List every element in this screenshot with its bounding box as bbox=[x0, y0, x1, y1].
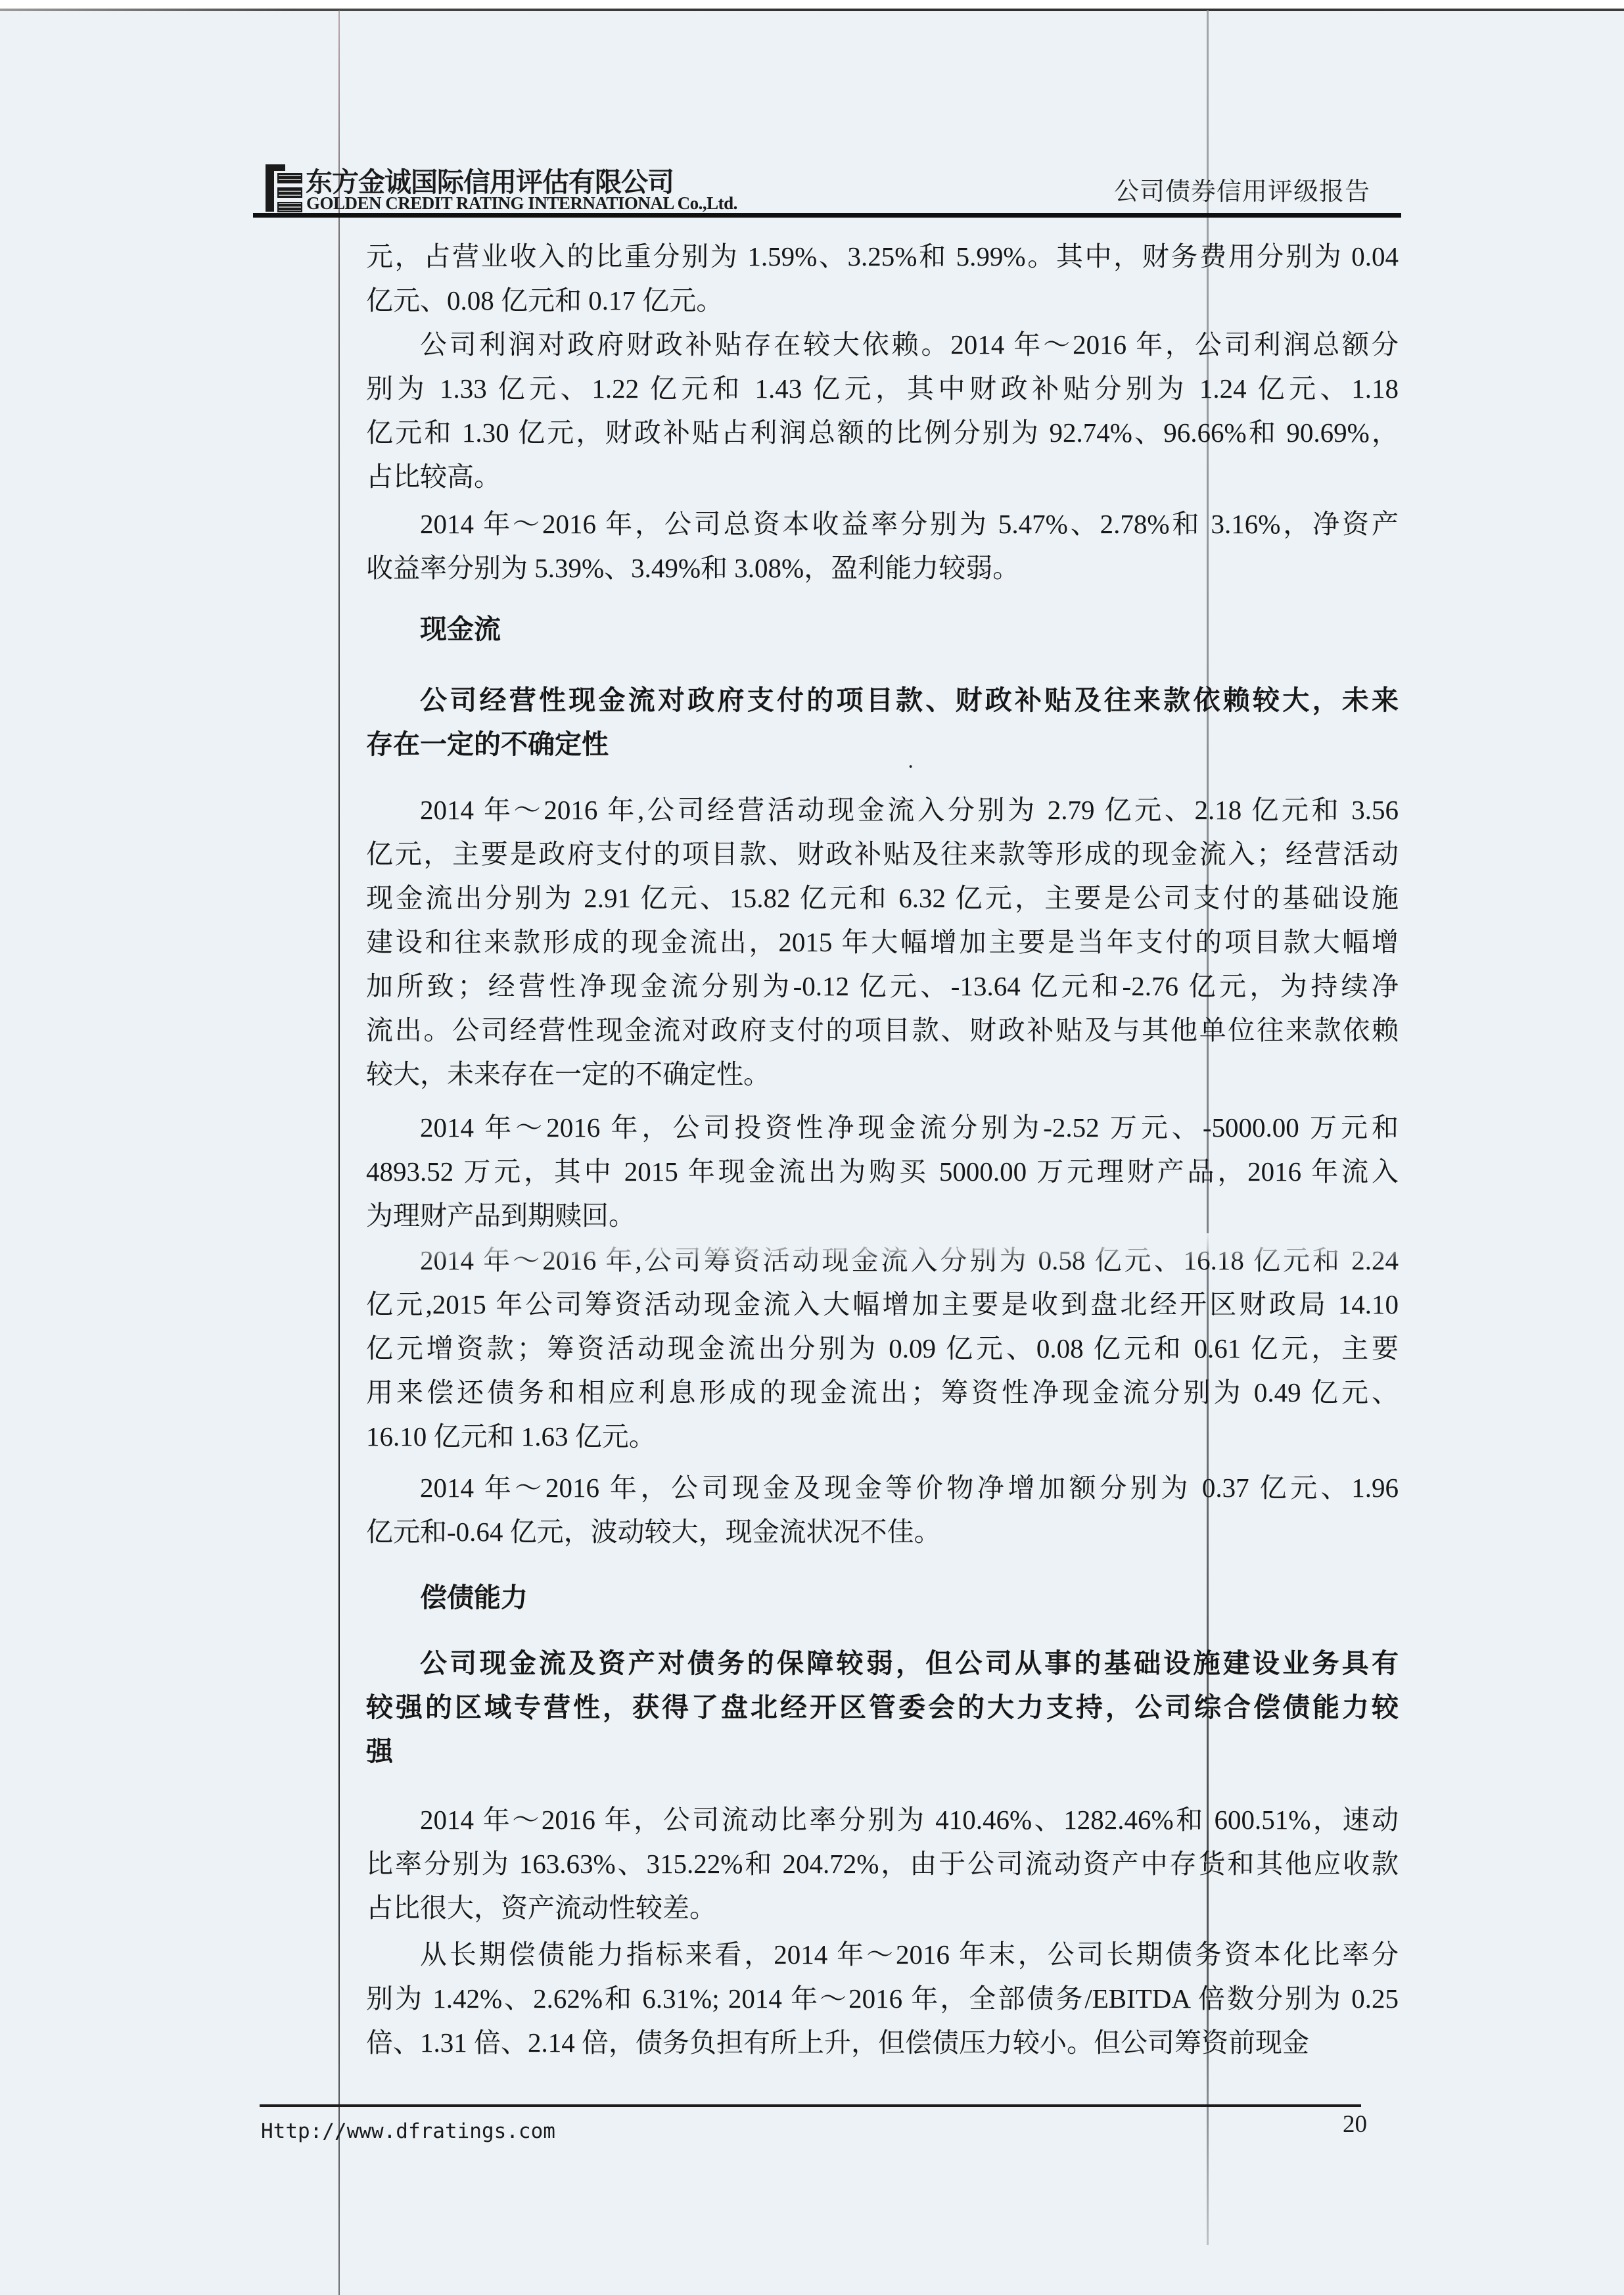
text-line: 2014 年～2016 年,公司经营活动现金流入分别为 2.79 亿元、2.18… bbox=[366, 788, 1399, 832]
text-line: 建设和往来款形成的现金流出，2015 年大幅增加主要是当年支付的项目款大幅增 bbox=[366, 920, 1399, 964]
text-line: 用来偿还债务和相应利息形成的现金流出；筹资性净现金流分别为 0.49 亿元、 bbox=[366, 1371, 1399, 1415]
document-body: 元，占营业收入的比重分别为 1.59%、3.25%和 5.99%。其中，财务费用… bbox=[366, 235, 1399, 2065]
section-heading: 现金流 bbox=[366, 607, 1399, 651]
text-line: 较强的区域专营性，获得了盘北经开区管委会的大力支持，公司综合偿债能力较 bbox=[366, 1686, 1399, 1730]
text-line: 4893.52 万元，其中 2015 年现金流出为购买 5000.00 万元理财… bbox=[366, 1150, 1399, 1194]
text-line: 收益率分别为 5.39%、3.49%和 3.08%，盈利能力较弱。 bbox=[366, 546, 1399, 590]
paragraph: 2014 年～2016 年，公司总资本收益率分别为 5.47%、2.78%和 3… bbox=[366, 502, 1399, 590]
scan-artifact-top-line bbox=[0, 9, 1624, 11]
text-line: 别为 1.42%、2.62%和 6.31%; 2014 年～2016 年，全部债… bbox=[366, 1977, 1399, 2021]
text-line: 别为 1.33 亿元、1.22 亿元和 1.43 亿元，其中财政补贴分别为 1.… bbox=[366, 367, 1399, 411]
header-divider bbox=[253, 213, 1401, 218]
text-line: 2014 年～2016 年，公司投资性净现金流分别为-2.52 万元、-5000… bbox=[366, 1106, 1399, 1150]
text-line: 2014 年～2016 年，公司总资本收益率分别为 5.47%、2.78%和 3… bbox=[366, 502, 1399, 546]
paragraph: 公司现金流及资产对债务的保障较弱，但公司从事的基础设施建设业务具有较强的区域专营… bbox=[366, 1642, 1399, 1774]
text-line: 亿元,2015 年公司筹资活动现金流入大幅增加主要是收到盘北经开区财政局 14.… bbox=[366, 1283, 1399, 1327]
scan-artifact-fade-band bbox=[355, 1233, 1406, 1262]
text-line: 公司现金流及资产对债务的保障较弱，但公司从事的基础设施建设业务具有 bbox=[366, 1642, 1399, 1686]
text-line: 为理财产品到期赎回。 bbox=[366, 1194, 1399, 1238]
text-line: 存在一定的不确定性 bbox=[366, 722, 1399, 767]
paragraph: 从长期偿债能力指标来看，2014 年～2016 年末，公司长期债务资本化比率分别… bbox=[366, 1933, 1399, 2065]
footer-divider bbox=[260, 2104, 1361, 2107]
text-line: 亿元增资款；筹资活动现金流出分别为 0.09 亿元、0.08 亿元和 0.61 … bbox=[366, 1327, 1399, 1371]
text-line: 流出。公司经营性现金流对政府支付的项目款、财政补贴及与其他单位往来款依赖 bbox=[366, 1008, 1399, 1053]
text-line: 公司经营性现金流对政府支付的项目款、财政补贴及往来款依赖较大，未来 bbox=[366, 678, 1399, 722]
paragraph: 2014 年～2016 年，公司流动比率分别为 410.46%、1282.46%… bbox=[366, 1798, 1399, 1930]
text-line: 16.10 亿元和 1.63 亿元。 bbox=[366, 1415, 1399, 1459]
text-line: 亿元，主要是政府支付的项目款、财政补贴及往来款等形成的现金流入；经营活动 bbox=[366, 832, 1399, 876]
text-line: 从长期偿债能力指标来看，2014 年～2016 年末，公司长期债务资本化比率分 bbox=[366, 1933, 1399, 1977]
text-line: 偿债能力 bbox=[420, 1576, 1399, 1620]
section-heading: 偿债能力 bbox=[366, 1576, 1399, 1620]
report-type-title: 公司债券信用评级报告 bbox=[1114, 171, 1403, 207]
paragraph: 2014 年～2016 年,公司经营活动现金流入分别为 2.79 亿元、2.18… bbox=[366, 788, 1399, 1097]
text-line: 倍、1.31 倍、2.14 倍，债务负担有所上升，但偿债压力较小。但公司筹资前现… bbox=[366, 2021, 1399, 2065]
company-logo-icon bbox=[265, 162, 303, 214]
text-line: 元，占营业收入的比重分别为 1.59%、3.25%和 5.99%。其中，财务费用… bbox=[366, 235, 1399, 279]
text-line: 现金流 bbox=[420, 607, 1399, 651]
text-line: 加所致；经营性净现金流分别为-0.12 亿元、-13.64 亿元和-2.76 亿… bbox=[366, 964, 1399, 1008]
text-line: 比率分别为 163.63%、315.22%和 204.72%，由于公司流动资产中… bbox=[366, 1842, 1399, 1886]
text-line: 2014 年～2016 年，公司现金及现金等价物净增加额分别为 0.37 亿元、… bbox=[366, 1466, 1399, 1510]
text-line: 现金流出分别为 2.91 亿元、15.82 亿元和 6.32 亿元，主要是公司支… bbox=[366, 876, 1399, 920]
paragraph: 公司利润对政府财政补贴存在较大依赖。2014 年～2016 年，公司利润总额分别… bbox=[366, 323, 1399, 499]
text-line: 占比较高。 bbox=[366, 455, 1399, 499]
paragraph: 2014 年～2016 年，公司投资性净现金流分别为-2.52 万元、-5000… bbox=[366, 1106, 1399, 1238]
paragraph: 2014 年～2016 年,公司筹资活动现金流入分别为 0.58 亿元、16.1… bbox=[366, 1239, 1399, 1459]
page-number: 20 bbox=[1314, 2110, 1367, 2139]
scan-white-margin bbox=[0, 0, 1624, 9]
text-line: 公司利润对政府财政补贴存在较大依赖。2014 年～2016 年，公司利润总额分 bbox=[366, 323, 1399, 367]
text-line: 亿元和-0.64 亿元，波动较大，现金流状况不佳。 bbox=[366, 1510, 1399, 1554]
text-line: 2014 年～2016 年，公司流动比率分别为 410.46%、1282.46%… bbox=[366, 1798, 1399, 1842]
company-name-en: GOLDEN CREDIT RATING INTERNATIONAL Co.,L… bbox=[306, 193, 727, 214]
report-page: 东方金诚国际信用评估有限公司 GOLDEN CREDIT RATING INTE… bbox=[0, 0, 1624, 2295]
text-line: 亿元、0.08 亿元和 0.17 亿元。 bbox=[366, 279, 1399, 323]
text-line: 强 bbox=[366, 1730, 1399, 1774]
text-line: 较大，未来存在一定的不确定性。 bbox=[366, 1053, 1399, 1097]
scan-artifact-left-fold-line bbox=[338, 10, 340, 2295]
footer-url: Http://www.dfratings.com bbox=[261, 2119, 555, 2143]
paragraph: 元，占营业收入的比重分别为 1.59%、3.25%和 5.99%。其中，财务费用… bbox=[366, 235, 1399, 323]
paragraph: 2014 年～2016 年，公司现金及现金等价物净增加额分别为 0.37 亿元、… bbox=[366, 1466, 1399, 1554]
text-line: 占比很大，资产流动性较差。 bbox=[366, 1886, 1399, 1930]
text-line: 亿元和 1.30 亿元，财政补贴占利润总额的比例分别为 92.74%、96.66… bbox=[366, 411, 1399, 455]
paragraph: 公司经营性现金流对政府支付的项目款、财政补贴及往来款依赖较大，未来存在一定的不确… bbox=[366, 678, 1399, 767]
